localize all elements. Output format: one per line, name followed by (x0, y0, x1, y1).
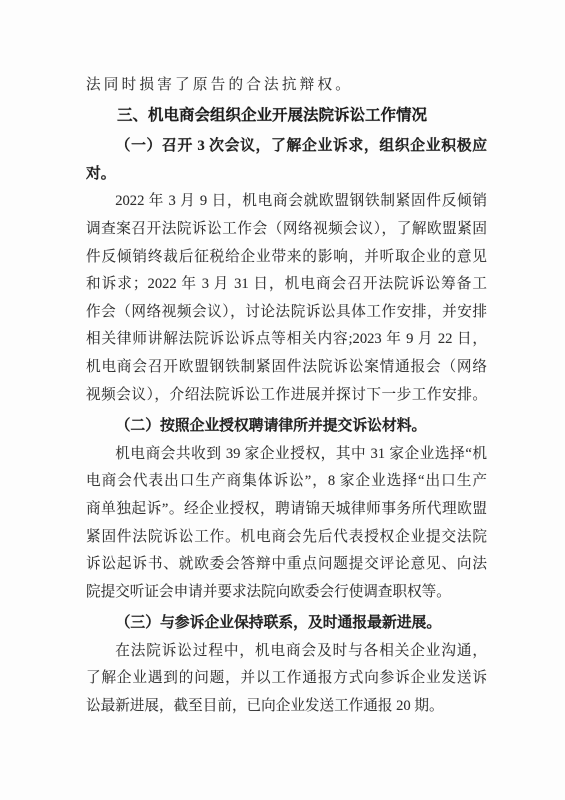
text-line: 在法院诉讼过程中，机电商会及时与各相关企业沟通， (86, 638, 487, 666)
subsection-heading: （二）按照企业授权聘请律所并提交诉讼材料。 (86, 413, 487, 441)
subsection-heading: （一）召开 3 次会议，了解企业诉求，组织企业积极应对。 (86, 133, 487, 188)
paragraph: 机电商会共收到 39 家企业授权，其中 31 家企业选择“机电商会代表出口生产商… (86, 441, 487, 607)
paragraph: 在法院诉讼过程中，机电商会及时与各相关企业沟通，了解企业遇到的问题，并以工作通报… (86, 638, 487, 721)
paragraph: 2022 年 3 月 9 日，机电商会就欧盟钢铁制紧固件反倾销调查案召开法院诉讼… (86, 188, 487, 409)
text-line: 机电商会共收到 39 家企业授权，其中 31 家企业选择“机 (86, 441, 487, 469)
text-column: 法同时损害了原告的合法抗辩权。三、机电商会组织企业开展法院诉讼工作情况（一）召开… (86, 72, 487, 721)
text-line: （一）召开 3 次会议，了解企业诉求，组织企业积极应 (86, 133, 487, 161)
text-line: 相关律师讲解法院诉讼诉点等相关内容;2023 年 9 月 22 日， (86, 326, 487, 354)
text-line: 商单独起诉”。经企业授权，聘请锦天城律师事务所代理欧盟 (86, 496, 487, 524)
text-line: 和诉求；2022 年 3 月 31 日，机电商会召开法院诉讼筹备工 (86, 271, 487, 299)
text-line: 视频会议），介绍法院诉讼工作进展并探讨下一步工作安排。 (86, 382, 487, 410)
text-line: 作会（网络视频会议），讨论法院诉讼具体工作安排，并安排 (86, 299, 487, 327)
document-page: 法同时损害了原告的合法抗辩权。三、机电商会组织企业开展法院诉讼工作情况（一）召开… (0, 0, 565, 800)
text-line: 诉讼起诉书、就欧委会答辩中重点问题提交评论意见、向法 (86, 551, 487, 579)
section-heading: 三、机电商会组织企业开展法院诉讼工作情况 (86, 102, 487, 130)
text-line: 调查案召开法院诉讼工作会（网络视频会议），了解欧盟紧固 (86, 216, 487, 244)
text-line: （二）按照企业授权聘请律所并提交诉讼材料。 (86, 413, 487, 441)
subsection-heading: （三）与参诉企业保持联系，及时通报最新进展。 (86, 610, 487, 638)
text-line: 件反倾销终裁后征税给企业带来的影响，并听取企业的意见 (86, 244, 487, 272)
text-line: 三、机电商会组织企业开展法院诉讼工作情况 (86, 102, 487, 130)
text-line: 机电商会召开欧盟钢铁制紧固件法院诉讼案情通报会（网络 (86, 354, 487, 382)
text-line: 2022 年 3 月 9 日，机电商会就欧盟钢铁制紧固件反倾销 (86, 188, 487, 216)
text-line: 讼最新进展，截至目前，已向企业发送工作通报 20 期。 (86, 693, 487, 721)
paragraph-continuation: 法同时损害了原告的合法抗辩权。 (86, 72, 487, 100)
text-line: 对。 (86, 161, 487, 189)
text-line: 了解企业遇到的问题，并以工作通报方式向参诉企业发送诉 (86, 665, 487, 693)
text-line: 紧固件法院诉讼工作。机电商会先后代表授权企业提交法院 (86, 524, 487, 552)
text-line: （三）与参诉企业保持联系，及时通报最新进展。 (86, 610, 487, 638)
text-line: 院提交听证会申请并要求法院向欧委会行使调查职权等。 (86, 579, 487, 607)
text-line: 法同时损害了原告的合法抗辩权。 (86, 72, 487, 100)
text-line: 电商会代表出口生产商集体诉讼”，8 家企业选择“出口生产 (86, 468, 487, 496)
